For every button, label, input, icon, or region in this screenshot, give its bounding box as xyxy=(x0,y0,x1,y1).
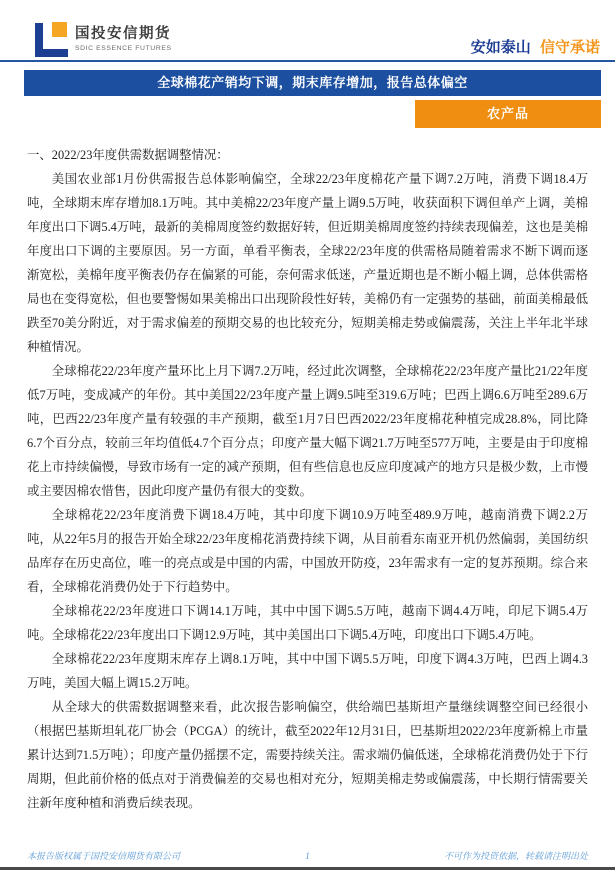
company-name-cn: 国投安信期货 xyxy=(75,27,172,43)
company-logo: 国投安信期货 SDIC ESSENCE FUTURES xyxy=(35,22,172,58)
body-paragraph: 全球棉花22/23年度期末库存上调8.1万吨，其中中国下调5.5万吨，印度下调4… xyxy=(27,647,588,695)
footer-disclaimer: 不可作为投资依据，转载请注明出处 xyxy=(444,849,588,862)
header-divider xyxy=(0,60,615,62)
report-page: 国投安信期货 SDIC ESSENCE FUTURES 安如泰山 信守承诺 全球… xyxy=(0,0,615,870)
footer-page-number: 1 xyxy=(305,851,310,861)
footer-copyright: 本报告版权属于国投安信期货有限公司 xyxy=(27,849,180,862)
body-paragraph: 全球棉花22/23年度消费下调18.4万吨，其中印度下调10.9万吨至489.9… xyxy=(27,503,588,599)
body-paragraph: 美国农业部1月份供需报告总体影响偏空，全球22/23年度棉花产量下调7.2万吨，… xyxy=(27,167,588,359)
company-slogan: 安如泰山 信守承诺 xyxy=(471,36,600,57)
slogan-part-2: 信守承诺 xyxy=(540,39,600,56)
slogan-part-1: 安如泰山 xyxy=(471,39,531,56)
badge-row: 农产品 xyxy=(0,100,615,128)
footer: 本报告版权属于国投安信期货有限公司 1 不可作为投资依据，转载请注明出处 xyxy=(0,849,615,862)
report-body: 一、2022/23年度供需数据调整情况： 美国农业部1月份供需报告总体影响偏空，… xyxy=(27,143,588,815)
company-name-en: SDIC ESSENCE FUTURES xyxy=(75,45,172,52)
company-name-block: 国投安信期货 SDIC ESSENCE FUTURES xyxy=(75,27,172,52)
body-paragraph: 从全球大的供需数据调整来看，此次报告影响偏空，供给端巴基斯坦产量继续调整空间已经… xyxy=(27,695,588,815)
body-paragraph: 全球棉花22/23年度产量环比上月下调7.2万吨，经过此次调整，全球棉花22/2… xyxy=(27,359,588,503)
logo-orange-square xyxy=(52,22,67,37)
body-paragraph: 全球棉花22/23年度进口下调14.1万吨，其中中国下调5.5万吨，越南下调4.… xyxy=(27,599,588,647)
category-badge: 农产品 xyxy=(415,100,601,128)
section-heading: 一、2022/23年度供需数据调整情况： xyxy=(27,143,588,167)
company-logo-icon xyxy=(35,22,69,58)
header: 国投安信期货 SDIC ESSENCE FUTURES 安如泰山 信守承诺 xyxy=(0,0,615,60)
report-title-banner: 全球棉花产销均下调，期末库存增加，报告总体偏空 xyxy=(24,70,601,96)
